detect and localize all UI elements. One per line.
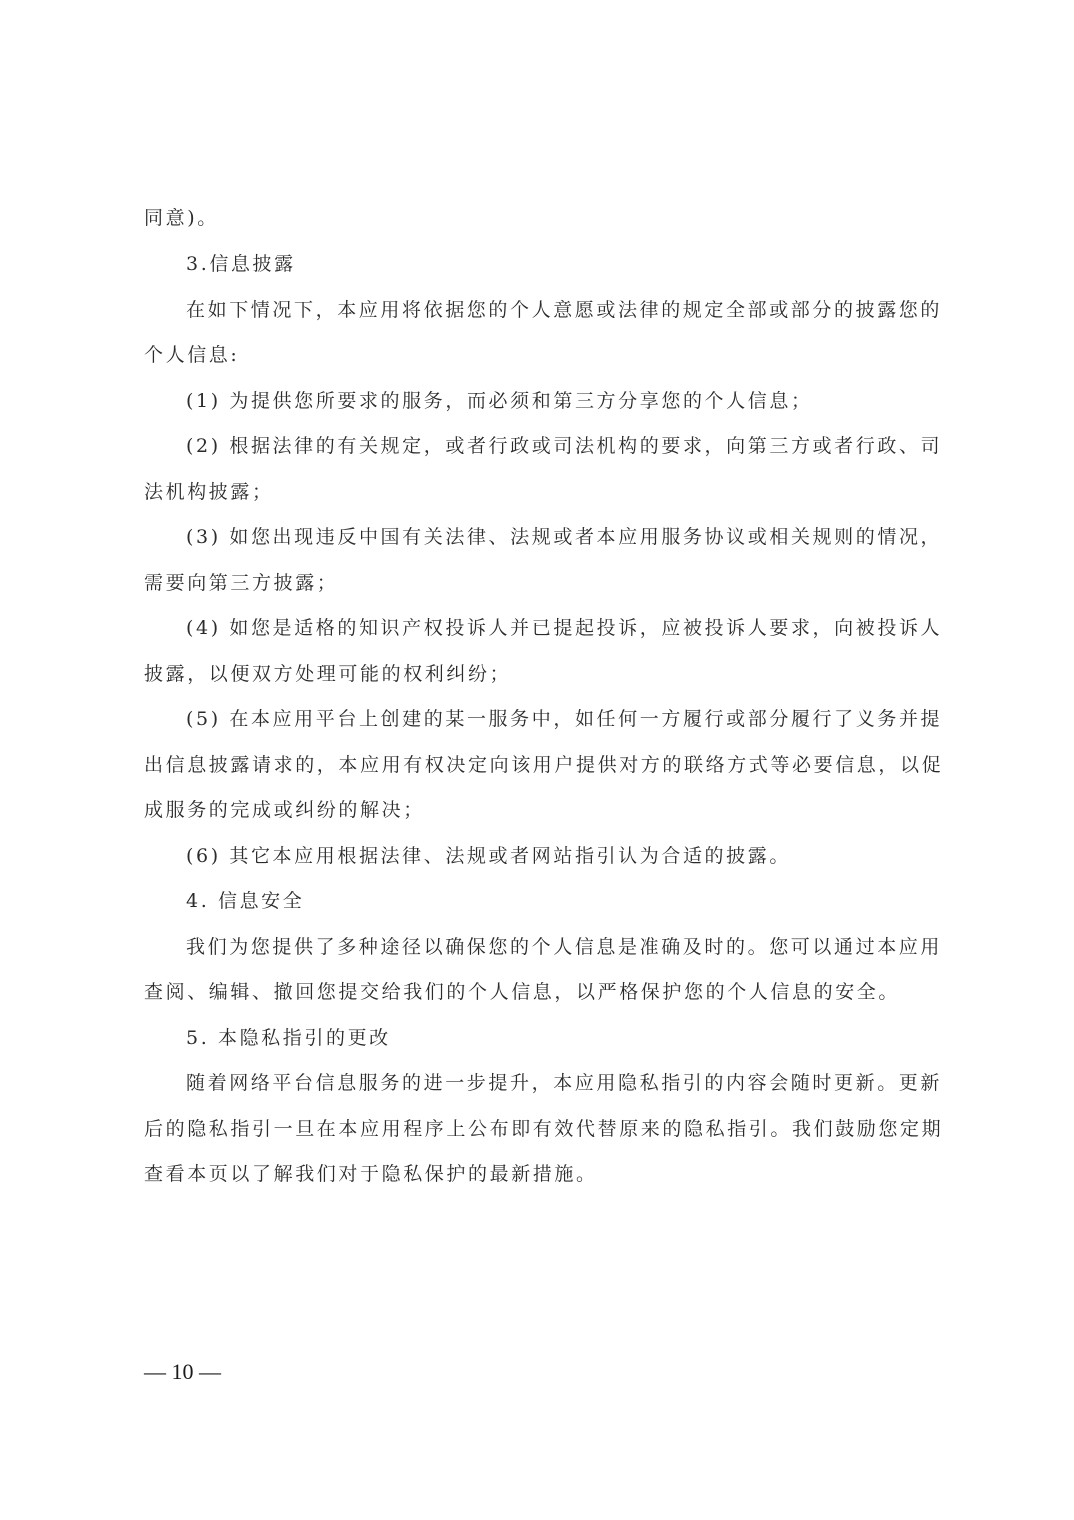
list-item-1: (1) 为提供您所要求的服务，而必须和第三方分享您的个人信息； [186,389,986,413]
page-number: — 10 — [144,1358,221,1386]
list-item-3-continuation: 需要向第三方披露； [144,571,944,595]
list-item-2-continuation: 法机构披露； [144,480,944,504]
section-heading-information-security: 4. 信息安全 [186,889,986,913]
paragraph-line: 我们为您提供了多种途径以确保您的个人信息是准确及时的。您可以通过本应用 [186,935,986,959]
paragraph-line: 查看本页以了解我们对于隐私保护的最新措施。 [144,1162,944,1186]
section-heading-information-disclosure: 3.信息披露 [186,252,986,276]
list-item-4-continuation: 披露，以便双方处理可能的权利纠纷； [144,662,944,686]
list-item-5-continuation: 成服务的完成或纠纷的解决； [144,798,944,822]
list-item-3: (3) 如您出现违反中国有关法律、法规或者本应用服务协议或相关规则的情况， [186,525,986,549]
paragraph-line: 查阅、编辑、撤回您提交给我们的个人信息，以严格保护您的个人信息的安全。 [144,980,944,1004]
list-item-2: (2) 根据法律的有关规定，或者行政或司法机构的要求，向第三方或者行政、司 [186,434,986,458]
paragraph-line: 在如下情况下，本应用将依据您的个人意愿或法律的规定全部或部分的披露您的 [186,298,986,322]
paragraph-continuation: 同意)。 [144,206,944,230]
paragraph-line: 个人信息: [144,343,944,367]
document-page: 同意)。 3.信息披露 在如下情况下，本应用将依据您的个人意愿或法律的规定全部或… [0,0,1074,1520]
paragraph-line: 后的隐私指引一旦在本应用程序上公布即有效代替原来的隐私指引。我们鼓励您定期 [144,1117,944,1141]
paragraph-line: 随着网络平台信息服务的进一步提升，本应用隐私指引的内容会随时更新。更新 [186,1071,986,1095]
list-item-6: (6) 其它本应用根据法律、法规或者网站指引认为合适的披露。 [186,844,986,868]
list-item-5: (5) 在本应用平台上创建的某一服务中，如任何一方履行或部分履行了义务并提 [186,707,986,731]
list-item-5-continuation: 出信息披露请求的，本应用有权决定向该用户提供对方的联络方式等必要信息，以促 [144,753,944,777]
section-heading-policy-changes: 5. 本隐私指引的更改 [186,1026,986,1050]
list-item-4: (4) 如您是适格的知识产权投诉人并已提起投诉，应被投诉人要求，向被投诉人 [186,616,986,640]
